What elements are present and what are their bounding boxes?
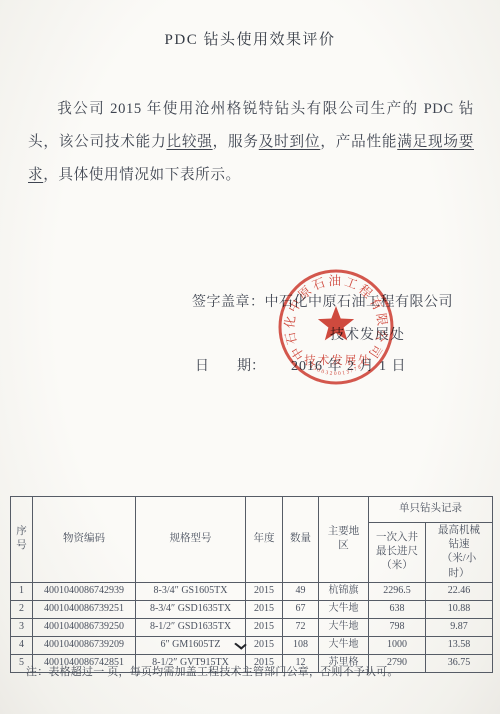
col-header-year: 年度 [246, 497, 283, 583]
table-row: 3 4001040086739250 8-1/2″ GSD1635TX 2015… [11, 618, 493, 636]
cell-spec: 8-3/4″ GS1605TX [136, 582, 246, 600]
col-header-no: 序号 [11, 497, 33, 583]
cell-qty: 49 [283, 582, 319, 600]
col-header-footage-label: 一次入井最长进尺（米） [375, 531, 419, 574]
cell-qty: 67 [283, 600, 319, 618]
cell-rop: 22.46 [426, 582, 493, 600]
body-paragraph: 我公司 2015 年使用沧州格锐特钻头有限公司生产的 PDC 钻头，该公司技术能… [28, 93, 474, 192]
paragraph-segment: ，具体使用情况如下表所示。 [43, 167, 241, 183]
cell-spec: 6″ GM1605TZ [136, 636, 246, 654]
cell-qty: 72 [283, 618, 319, 636]
col-header-footage: 一次入井最长进尺（米） [369, 523, 426, 583]
paragraph-segment-underlined: 及时到位 [259, 134, 321, 150]
cell-rop: 9.87 [426, 618, 493, 636]
paragraph-segment: ，服务 [213, 134, 259, 150]
cell-code: 4001040086739251 [33, 600, 136, 618]
col-header-region: 主要地区 [319, 497, 369, 583]
cell-region: 大牛地 [319, 618, 369, 636]
cell-no: 3 [11, 618, 33, 636]
cell-year: 2015 [246, 618, 283, 636]
col-header-spec: 规格型号 [136, 497, 246, 583]
cell-no: 2 [11, 600, 33, 618]
cell-code: 4001040086742939 [33, 582, 136, 600]
company-seal-stamp: 中石化中原石油工程有限公司 技术发展处 4300320013778 [270, 261, 402, 393]
cell-year: 2015 [246, 582, 283, 600]
cell-no: 4 [11, 636, 33, 654]
cell-region: 大牛地 [319, 600, 369, 618]
seal-department-text: 技术发展处 [304, 353, 372, 367]
cell-spec: 8-1/2″ GSD1635TX [136, 618, 246, 636]
col-header-code: 物资编码 [33, 497, 136, 583]
bit-usage-table: 序号 物资编码 规格型号 年度 数量 主要地区 单只钻头记录 一次入井最长进尺（… [10, 496, 493, 673]
cell-region: 大牛地 [319, 636, 369, 654]
cell-no: 1 [11, 582, 33, 600]
cell-spec: 8-3/4″ GSD1635TX [136, 600, 246, 618]
signature-label: 签字盖章： [192, 295, 265, 310]
seal-star-icon [318, 306, 354, 340]
cell-year: 2015 [246, 600, 283, 618]
cell-region: 杭锦旗 [319, 582, 369, 600]
cell-footage: 798 [369, 618, 426, 636]
table-row: 2 4001040086739251 8-3/4″ GSD1635TX 2015… [11, 600, 493, 618]
cell-footage: 2296.5 [369, 582, 426, 600]
cell-footage: 1000 [369, 636, 426, 654]
table-row: 1 4001040086742939 8-3/4″ GS1605TX 2015 … [11, 582, 493, 600]
cell-code: 4001040086739209 [33, 636, 136, 654]
cell-rop: 36.75 [426, 654, 493, 672]
cell-footage: 638 [369, 600, 426, 618]
cell-code: 4001040086739250 [33, 618, 136, 636]
col-header-rop-label: 最高机械钻速（米/小时） [437, 524, 481, 581]
scanned-document-page: PDC 钻头使用效果评价 我公司 2015 年使用沧州格锐特钻头有限公司生产的 … [0, 0, 500, 714]
col-header-qty: 数量 [283, 497, 319, 583]
paragraph-segment-underlined: 比较强 [166, 134, 212, 150]
col-header-region-label: 主要地区 [327, 525, 361, 553]
cell-rop: 13.58 [426, 636, 493, 654]
cell-qty: 108 [283, 636, 319, 654]
footer-note: 注：表格超过一 页，每页均需加盖工程技术主管部门公章，否则不予认可。 [26, 663, 399, 679]
cell-rop: 10.88 [426, 600, 493, 618]
col-header-record-group: 单只钻头记录 [369, 497, 493, 523]
date-label: 日 期： [195, 359, 265, 374]
document-title: PDC 钻头使用效果评价 [0, 28, 500, 49]
table-row: 4 4001040086739209 6″ GM1605TZ 2015 108 … [11, 636, 493, 654]
paragraph-segment: ，产品性能 [320, 134, 397, 150]
col-header-rop: 最高机械钻速（米/小时） [426, 523, 493, 583]
table-header-row-group: 序号 物资编码 规格型号 年度 数量 主要地区 单只钻头记录 [11, 497, 493, 523]
cell-year: 2015 [246, 636, 283, 654]
